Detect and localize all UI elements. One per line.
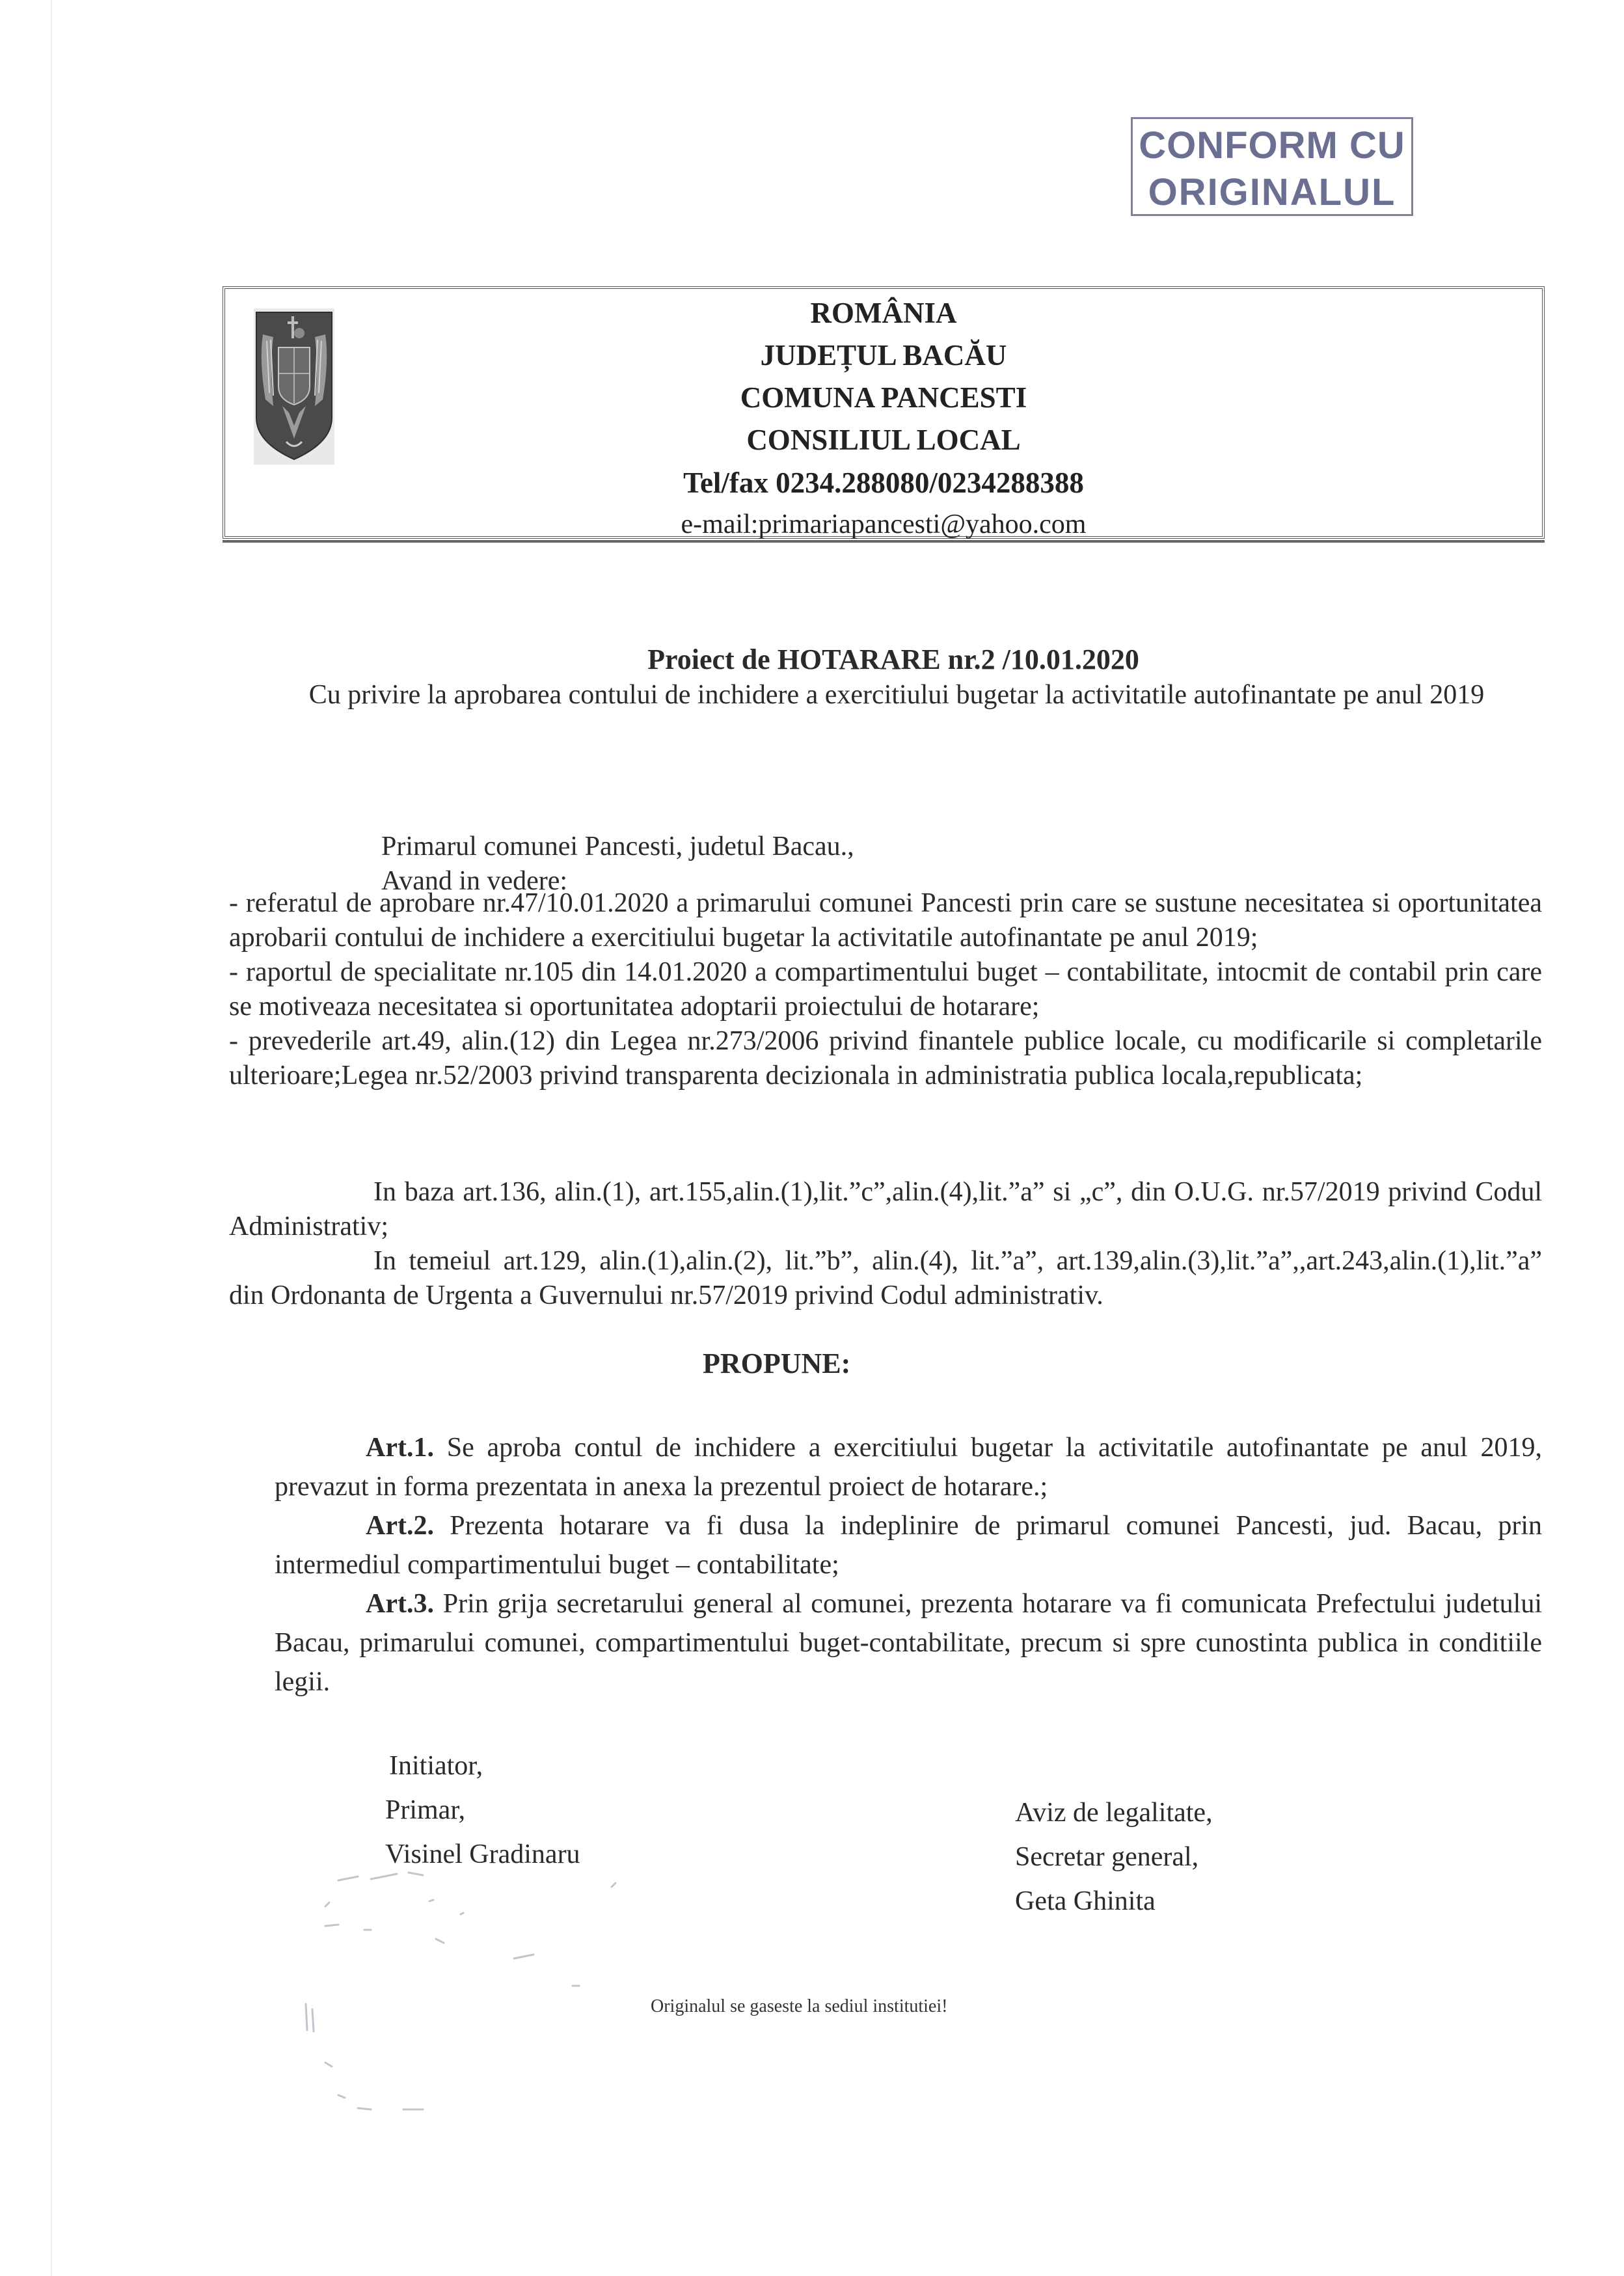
article-text: Prezenta hotarare va fi dusa la indeplin… [275,1511,1542,1580]
article-text: Se aproba contul de inchidere a exerciti… [275,1433,1542,1502]
email-line: e-mail:primariapancesti@yahoo.com [498,509,1269,540]
letterhead-text: ROMÂNIA JUDEȚUL BACĂU COMUNA PANCESTI CO… [498,289,1269,540]
article-text: Prin grija secretarului general al comun… [275,1589,1542,1697]
articles-list: Art.1. Se aproba contul de inchidere a e… [229,1428,1542,1701]
article-label: Art.2. [366,1511,434,1541]
legality-opinion-role: Aviz de legalitate, [1015,1791,1213,1835]
considerations-list: - referatul de aprobare nr.47/10.01.2020… [229,886,1542,1093]
council-name: CONSILIUL LOCAL [498,426,1269,455]
scan-page-edge [51,0,52,2276]
stamp-line-2: ORIGINALUL [1133,174,1411,211]
consideration-item: - referatul de aprobare nr.47/10.01.2020… [229,886,1542,955]
article-label: Art.3. [366,1589,434,1619]
conform-cu-originalul-stamp: CONFORM CU ORIGINALUL [1131,117,1413,216]
document-subtitle: Cu privire la aprobarea contului de inch… [234,677,1559,713]
initiator-signature-block: Initiator, Primar, Visinel Gradinaru [385,1744,580,1876]
consideration-item: - prevederile art.49, alin.(12) din Lege… [229,1024,1542,1093]
article-label: Art.1. [366,1433,434,1463]
footer-note: Originalul se gaseste la sediul institut… [651,1996,947,2017]
propune-heading: PROPUNE: [703,1347,850,1380]
secretary-signature-block: Aviz de legalitate, Secretar general, Ge… [1015,1791,1213,1923]
commune-name: COMUNA PANCESTI [498,383,1269,413]
article-2: Art.2. Prezenta hotarare va fi dusa la i… [229,1506,1542,1584]
intro-mayor-line: Primarul comunei Pancesti, judetul Bacau… [229,830,1542,864]
mayor-role: Primar, [385,1788,580,1832]
consideration-item: - raportul de specialitate nr.105 din 14… [229,955,1542,1024]
faint-stamp-residue [299,1867,638,2128]
article-1: Art.1. Se aproba contul de inchidere a e… [229,1428,1542,1506]
secretary-name: Geta Ghinita [1015,1879,1213,1923]
document-title: Proiect de HOTARARE nr.2 /10.01.2020 [0,643,1624,676]
romania-coat-of-arms-icon [254,308,334,465]
stamp-line-1: CONFORM CU [1133,127,1411,165]
secretary-role: Secretar general, [1015,1835,1213,1879]
article-3: Art.3. Prin grija secretarului general a… [229,1584,1542,1701]
telfax-line: Tel/fax 0234.288080/0234288388 [498,468,1269,498]
initiator-role: Initiator, [385,1744,580,1788]
legal-basis-block: In baza art.136, alin.(1), art.155,alin.… [229,1175,1542,1313]
county-name: JUDEȚUL BACĂU [498,341,1269,370]
letterhead-box: ROMÂNIA JUDEȚUL BACĂU COMUNA PANCESTI CO… [223,286,1545,539]
legal-basis-paragraph: In temeiul art.129, alin.(1),alin.(2), l… [229,1244,1542,1313]
country-name: ROMÂNIA [498,299,1269,328]
legal-basis-paragraph: In baza art.136, alin.(1), art.155,alin.… [229,1175,1542,1244]
